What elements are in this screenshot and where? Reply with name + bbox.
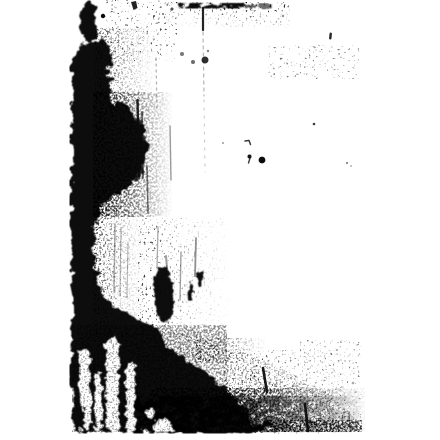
thumb-dot bbox=[101, 14, 105, 18]
ink-dot bbox=[202, 57, 209, 64]
midright-dust bbox=[268, 45, 360, 79]
grunge-texture-image bbox=[0, 0, 440, 440]
scratch bbox=[349, 412, 350, 428]
post-grit bbox=[80, 332, 198, 432]
scratch bbox=[195, 238, 196, 276]
scratch bbox=[114, 224, 115, 292]
mid-sparse-speckle bbox=[138, 218, 233, 336]
scratch bbox=[180, 252, 181, 300]
left-margin-mask bbox=[0, 0, 70, 440]
ink-dot bbox=[346, 162, 348, 164]
smudge-speckle-2 bbox=[215, 2, 290, 30]
ink-dot bbox=[207, 50, 209, 52]
topleft-dust bbox=[105, 0, 177, 62]
farright-dust bbox=[300, 340, 362, 432]
ink-dot bbox=[350, 165, 352, 167]
scratch bbox=[166, 256, 167, 268]
ink-dot bbox=[222, 142, 224, 144]
ink-dot bbox=[180, 52, 184, 56]
drip-grit-overlay bbox=[80, 332, 198, 432]
texture-svg bbox=[0, 0, 440, 440]
spray-streak bbox=[195, 338, 267, 362]
ink-dot bbox=[313, 123, 316, 126]
ink-dot bbox=[336, 349, 338, 351]
ink-dot bbox=[171, 8, 174, 11]
right-margin-mask bbox=[367, 0, 440, 440]
ink-dot bbox=[191, 60, 195, 64]
ink-dot bbox=[162, 13, 164, 15]
scratch bbox=[142, 112, 143, 178]
ink-dot bbox=[352, 382, 355, 385]
scratch bbox=[147, 166, 148, 213]
scratch bbox=[170, 126, 171, 180]
scratch bbox=[138, 100, 140, 176]
ink-dot bbox=[282, 15, 284, 17]
ink-dot-large bbox=[259, 157, 266, 164]
lower-fringe-speckle bbox=[93, 190, 145, 335]
